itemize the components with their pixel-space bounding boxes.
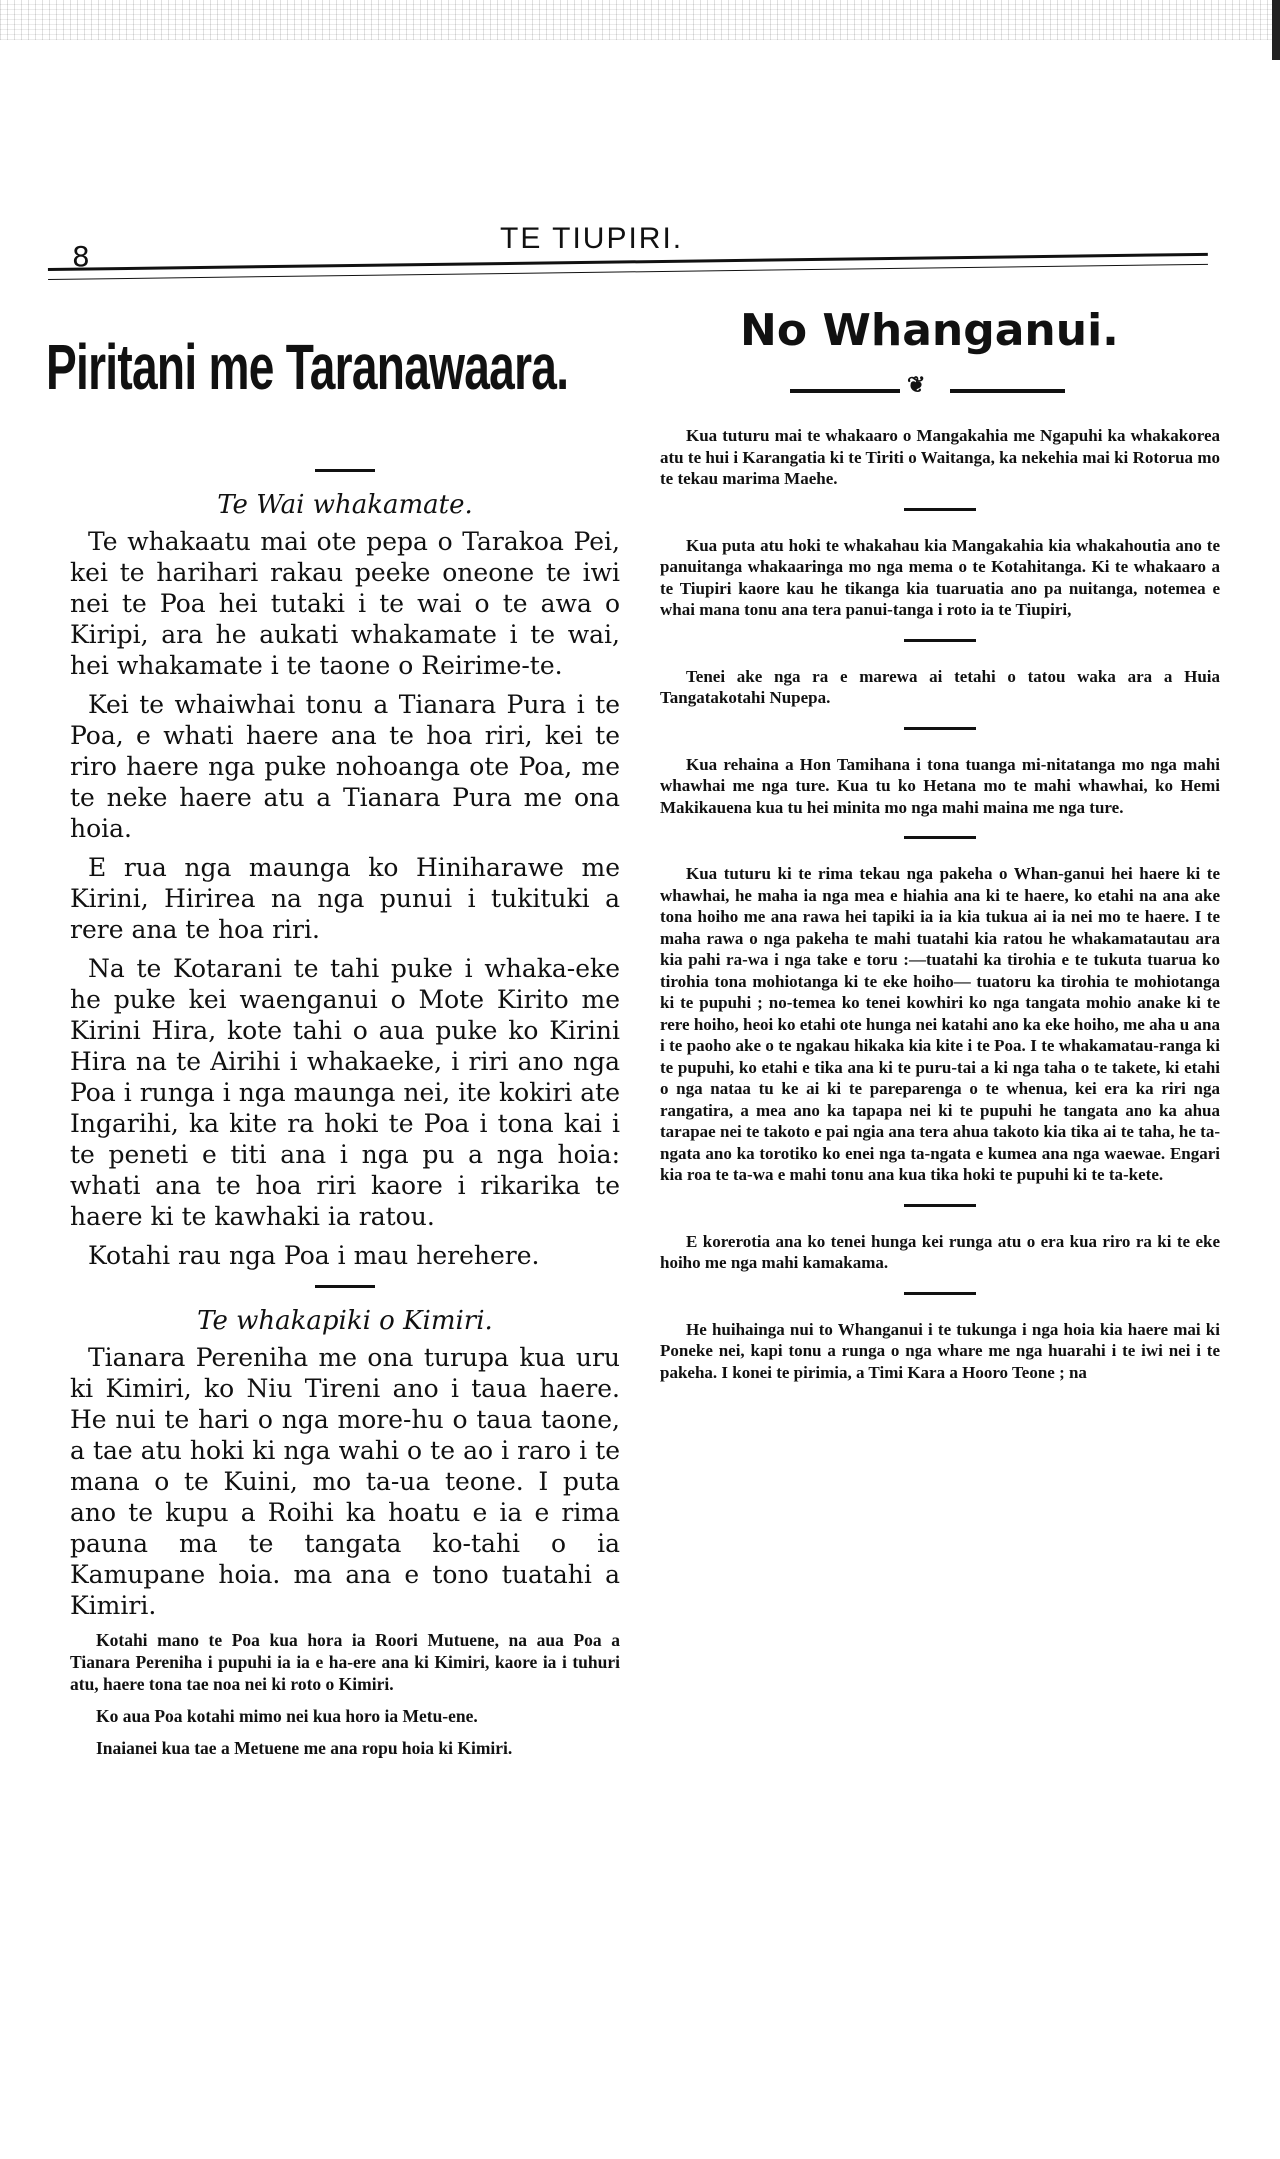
paragraph: Kua tuturu ki te rima tekau nga pakeha o… bbox=[660, 863, 1220, 1186]
separator bbox=[904, 727, 976, 730]
paragraph: Te whakaatu mai ote pepa o Tarakoa Pei, … bbox=[70, 526, 620, 681]
paragraph: Kei te whaiwhai tonu a Tianara Pura i te… bbox=[70, 689, 620, 844]
paragraph: Kua tuturu mai te whakaaro o Mangakahia … bbox=[660, 425, 1220, 490]
separator bbox=[904, 1292, 976, 1295]
separator bbox=[904, 508, 976, 511]
paragraph: Kua puta atu hoki te whakahau kia Mangak… bbox=[660, 535, 1220, 621]
paragraph: E rua nga maunga ko Hiniharawe me Kirini… bbox=[70, 852, 620, 945]
separator bbox=[315, 469, 375, 472]
left-column: Te Wai whakamate. Te whakaatu mai ote pe… bbox=[70, 455, 620, 1769]
paragraph-small: Kotahi mano te Poa kua hora ia Roori Mut… bbox=[70, 1629, 620, 1695]
ornament-divider: ❦ bbox=[790, 380, 1065, 400]
paragraph: Kotahi rau nga Poa i mau herehere. bbox=[70, 1240, 620, 1271]
separator bbox=[315, 1285, 375, 1288]
paragraph: Na te Kotarani te tahi puke i whaka-eke … bbox=[70, 953, 620, 1232]
scan-edge bbox=[1272, 0, 1280, 60]
header-rule bbox=[48, 253, 1208, 280]
paragraph: Tenei ake nga ra e marewa ai tetahi o ta… bbox=[660, 666, 1220, 709]
fleuron-icon: ❦ bbox=[907, 372, 925, 398]
masthead: TE TIUPIRI. bbox=[500, 222, 683, 256]
headline-right: No Whanganui. bbox=[740, 305, 1119, 356]
scan-noise bbox=[0, 0, 1280, 40]
headline-left: Piritani me Taranawaara. bbox=[46, 330, 568, 404]
subheading: Te whakapiki o Kimiri. bbox=[70, 1306, 620, 1336]
paragraph: Tianara Pereniha me ona turupa kua uru k… bbox=[70, 1342, 620, 1621]
subheading: Te Wai whakamate. bbox=[70, 490, 620, 520]
paragraph: E korerotia ana ko tenei hunga kei runga… bbox=[660, 1231, 1220, 1274]
paragraph-small: Inaianei kua tae a Metuene me ana ropu h… bbox=[70, 1737, 620, 1759]
separator bbox=[904, 1204, 976, 1207]
separator bbox=[904, 836, 976, 839]
paragraph: He huihainga nui to Whanganui i te tukun… bbox=[660, 1319, 1220, 1384]
right-column: Kua tuturu mai te whakaaro o Mangakahia … bbox=[660, 425, 1220, 1383]
paragraph: Kua rehaina a Hon Tamihana i tona tuanga… bbox=[660, 754, 1220, 819]
separator bbox=[904, 639, 976, 642]
paragraph-small: Ko aua Poa kotahi mimo nei kua horo ia M… bbox=[70, 1705, 620, 1727]
